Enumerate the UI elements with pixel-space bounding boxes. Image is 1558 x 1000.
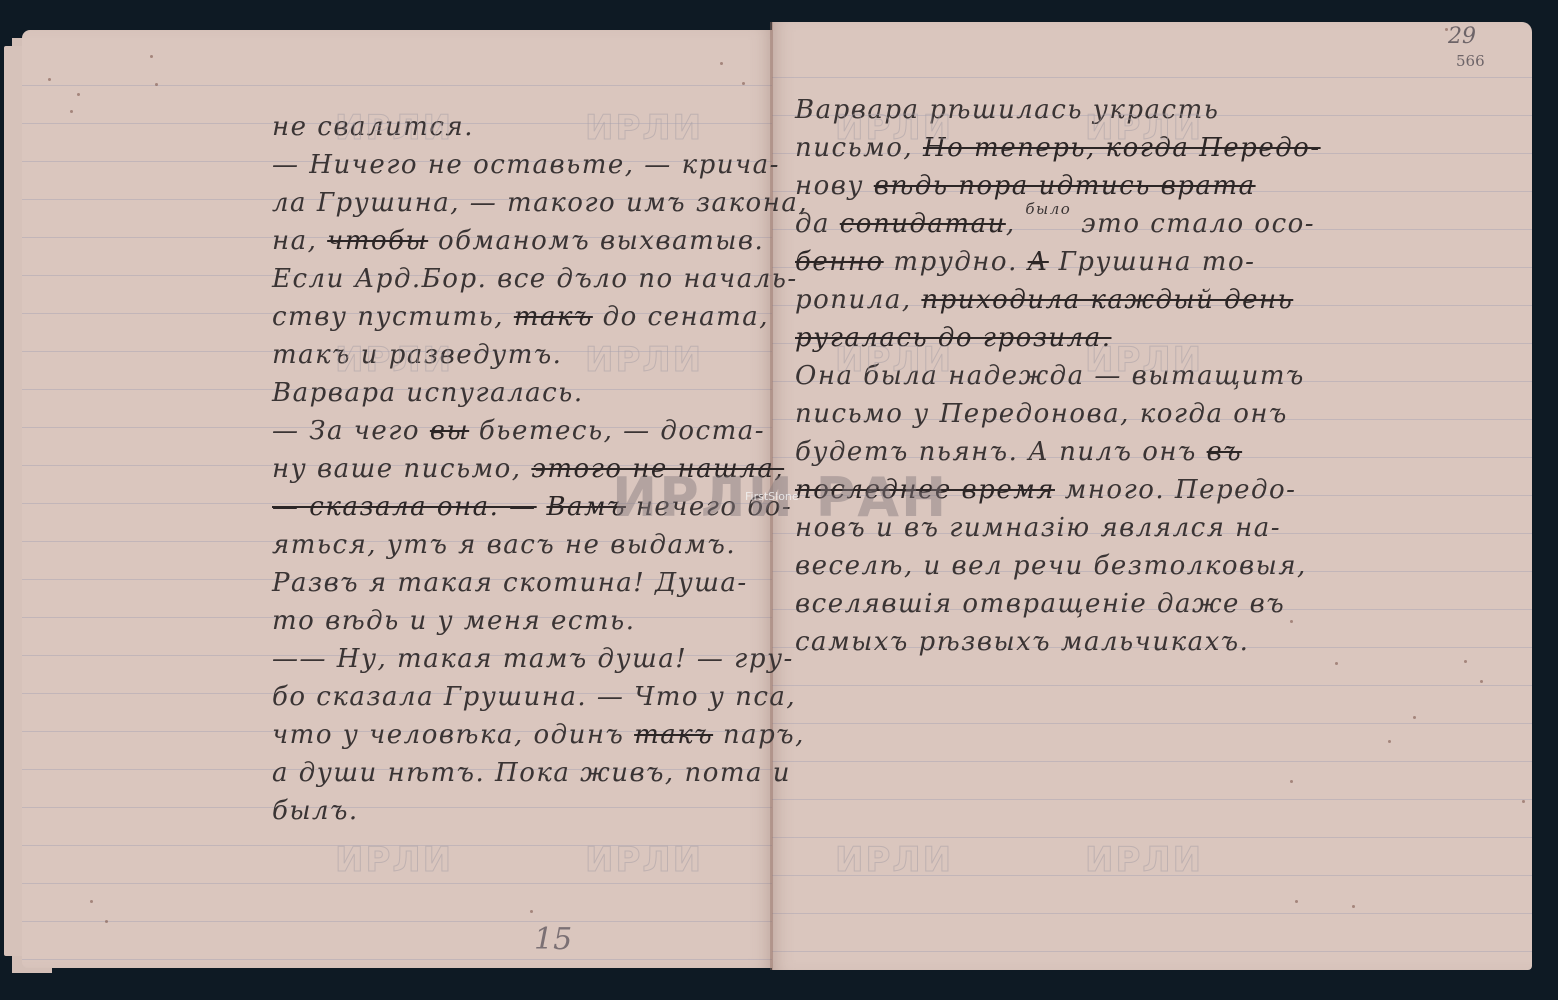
line-text: а души нѣтъ. Пока живъ, пота и (272, 758, 791, 788)
line-text: яться, утъ я васъ не выдамъ. (272, 530, 736, 560)
manuscript-line: а души нѣтъ. Пока живъ, пота и (272, 758, 791, 788)
line-text: бьетесь, — доста- (469, 416, 765, 446)
line-text: самыхъ рѣзвыхъ мальчикахъ. (795, 627, 1249, 657)
manuscript-line: ропила, приходила каждый день (795, 285, 1293, 315)
paper-speck (155, 83, 158, 86)
line-text: ла Грушина, — такого имъ закона, (272, 188, 808, 218)
manuscript-line: то вѣдь и у меня есть. (272, 606, 635, 636)
manuscript-line: бо сказала Грушина. — Что у пса, (272, 682, 796, 712)
struck-text: А (1028, 247, 1049, 277)
line-text: письмо, (795, 133, 923, 163)
paper-speck (742, 82, 745, 85)
line-text: на, (272, 226, 327, 256)
line-text: — За чего (272, 416, 430, 446)
line-text: ну ваше письмо, (272, 454, 531, 484)
paper-speck (1290, 620, 1293, 623)
manuscript-line: что у человѣка, одинъ такъ паръ, (272, 720, 805, 750)
line-text: это стало осо- (1071, 209, 1315, 239)
line-text: такъ и разведутъ. (272, 340, 562, 370)
manuscript-line: будетъ пьянъ. А пилъ онъ въ (795, 437, 1242, 467)
manuscript-line: ругалась до грозила. (795, 323, 1111, 353)
line-text: то вѣдь и у меня есть. (272, 606, 635, 636)
paper-speck (48, 78, 51, 81)
line-text: — Ничего не оставьте, — крича- (272, 150, 780, 180)
line-text: былъ. (272, 796, 359, 826)
center-watermark-small: FirstSlone (745, 490, 799, 503)
manuscript-line: Развъ я такая скотина! Душа- (272, 568, 748, 598)
paper-speck (77, 93, 80, 96)
manuscript-line: — Ничего не оставьте, — крича- (272, 150, 780, 180)
paper-speck (105, 920, 108, 923)
folio-number-value: 29 (1448, 24, 1476, 49)
line-text: ропила, (795, 285, 921, 315)
manuscript-line: веселѣ, и вел речи безтолковыя, (795, 551, 1307, 581)
line-text: Варвара испугалась. (272, 378, 584, 408)
paper-speck (1352, 905, 1355, 908)
line-text: что у человѣка, одинъ (272, 720, 634, 750)
line-text: не свалится. (272, 112, 474, 142)
struck-text: бенно (795, 247, 884, 277)
folio-number: 29 566 (1448, 26, 1485, 69)
paper-speck (530, 910, 533, 913)
line-text: вселявшія отвращеніе даже въ (795, 589, 1285, 619)
paper-speck (150, 55, 153, 58)
paper-speck (90, 900, 93, 903)
line-text: паръ, (713, 720, 805, 750)
line-text: Если Ард.Бор. все дъло по началь- (272, 264, 798, 294)
manuscript-line: Она была надежда — вытащитъ (795, 361, 1305, 391)
manuscript-line: —— Ну, такая тамъ душа! — гру- (272, 644, 794, 674)
paper-speck (1335, 662, 1338, 665)
paper-speck (1290, 780, 1293, 783)
struck-text: приходила каждый день (921, 285, 1293, 315)
manuscript-line: ла Грушина, — такого имъ закона, (272, 188, 808, 218)
manuscript-line: такъ и разведутъ. (272, 340, 562, 370)
struck-text: вѣдь пора идтись врата (874, 171, 1256, 201)
line-text: , (1006, 209, 1026, 239)
manuscript-line: письмо, Но теперь, когда Передо- (795, 133, 1321, 163)
struck-text: вы (430, 416, 469, 446)
manuscript-line: самыхъ рѣзвыхъ мальчикахъ. (795, 627, 1249, 657)
inserted-text: было (1025, 200, 1071, 218)
line-text: ству пустить, (272, 302, 514, 332)
line-text: трудно. (884, 247, 1028, 277)
archive-number: 566 (1456, 54, 1485, 69)
paper-speck (1522, 800, 1525, 803)
line-text: Варвара рѣшилась украсть (795, 95, 1219, 125)
line-text: будетъ пьянъ. А пилъ онъ (795, 437, 1207, 467)
line-text: Развъ я такая скотина! Душа- (272, 568, 748, 598)
struck-text: такъ (634, 720, 713, 750)
manuscript-line: Варвара рѣшилась украсть (795, 95, 1219, 125)
manuscript-line: бенно трудно. А Грушина то- (795, 247, 1255, 277)
manuscript-line: яться, утъ я васъ не выдамъ. (272, 530, 736, 560)
manuscript-line: Если Ард.Бор. все дъло по началь- (272, 264, 798, 294)
manuscript-line: вселявшія отвращеніе даже въ (795, 589, 1285, 619)
line-text: бо сказала Грушина. — Что у пса, (272, 682, 796, 712)
manuscript-line: былъ. (272, 796, 359, 826)
line-text: Грушина то- (1049, 247, 1256, 277)
struck-text: чтобы (327, 226, 428, 256)
manuscript-line: на, чтобы обманомъ выхватыв. (272, 226, 764, 256)
manuscript-line: да сопидатаи, было это стало осо- (795, 209, 1315, 239)
paper-speck (70, 110, 73, 113)
struck-text: въ (1207, 437, 1242, 467)
struck-text: ругалась до грозила. (795, 323, 1111, 353)
struck-text: Но теперь, когда Передо- (923, 133, 1321, 163)
manuscript-line: — За чего вы бьетесь, — доста- (272, 416, 765, 446)
line-text: письмо у Передонова, когда онъ (795, 399, 1288, 429)
struck-text: сопидатаи (840, 209, 1006, 239)
line-text: Она была надежда — вытащитъ (795, 361, 1305, 391)
page-number: 15 (534, 922, 572, 957)
line-text: обманомъ выхватыв. (428, 226, 764, 256)
paper-speck (1480, 680, 1483, 683)
line-text: до сената, (593, 302, 769, 332)
line-text: —— Ну, такая тамъ душа! — гру- (272, 644, 794, 674)
line-text (537, 492, 547, 522)
line-text: да (795, 209, 840, 239)
line-text: много. Передо- (1055, 475, 1296, 505)
manuscript-line: ству пустить, такъ до сената, (272, 302, 769, 332)
manuscript-line: Варвара испугалась. (272, 378, 584, 408)
line-text: веселѣ, и вел речи безтолковыя, (795, 551, 1307, 581)
manuscript-line: не свалится. (272, 112, 474, 142)
struck-text: — сказала она. — (272, 492, 537, 522)
struck-text: такъ (514, 302, 593, 332)
paper-speck (720, 62, 723, 65)
paper-speck (1413, 716, 1416, 719)
paper-speck (1464, 660, 1467, 663)
manuscript-line: письмо у Передонова, когда онъ (795, 399, 1288, 429)
paper-speck (1388, 740, 1391, 743)
line-text: нову (795, 171, 874, 201)
paper-speck (1295, 900, 1298, 903)
paper-speck (1445, 28, 1448, 31)
manuscript-line: нову вѣдь пора идтись врата (795, 171, 1256, 201)
